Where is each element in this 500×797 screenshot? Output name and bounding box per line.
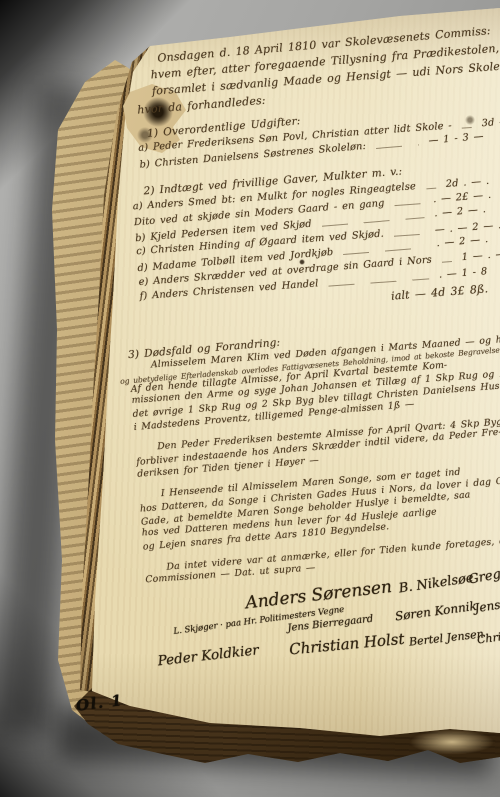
signature: B. Nikelsøe <box>398 570 475 596</box>
ledger-dash-fill <box>375 149 422 153</box>
signature: Christen Gorton <box>476 621 500 646</box>
manuscript-text: Onsdagen d. 18 April 1810 var Skolevæsen… <box>94 11 500 779</box>
signature: Christian Holst <box>288 629 405 658</box>
signature: Søren Konnik <box>394 598 477 622</box>
signature: Peder Koldkier <box>157 642 260 669</box>
signature: Bertel Jensen <box>408 627 484 648</box>
signatures-block: Anders SørensenB. NikelsøeGregers SmidtL… <box>138 582 500 708</box>
photo-of-manuscript-book: Onsdagen d. 18 April 1810 var Skolevæsen… <box>0 0 500 797</box>
signature: Jens Saud <box>474 592 500 615</box>
